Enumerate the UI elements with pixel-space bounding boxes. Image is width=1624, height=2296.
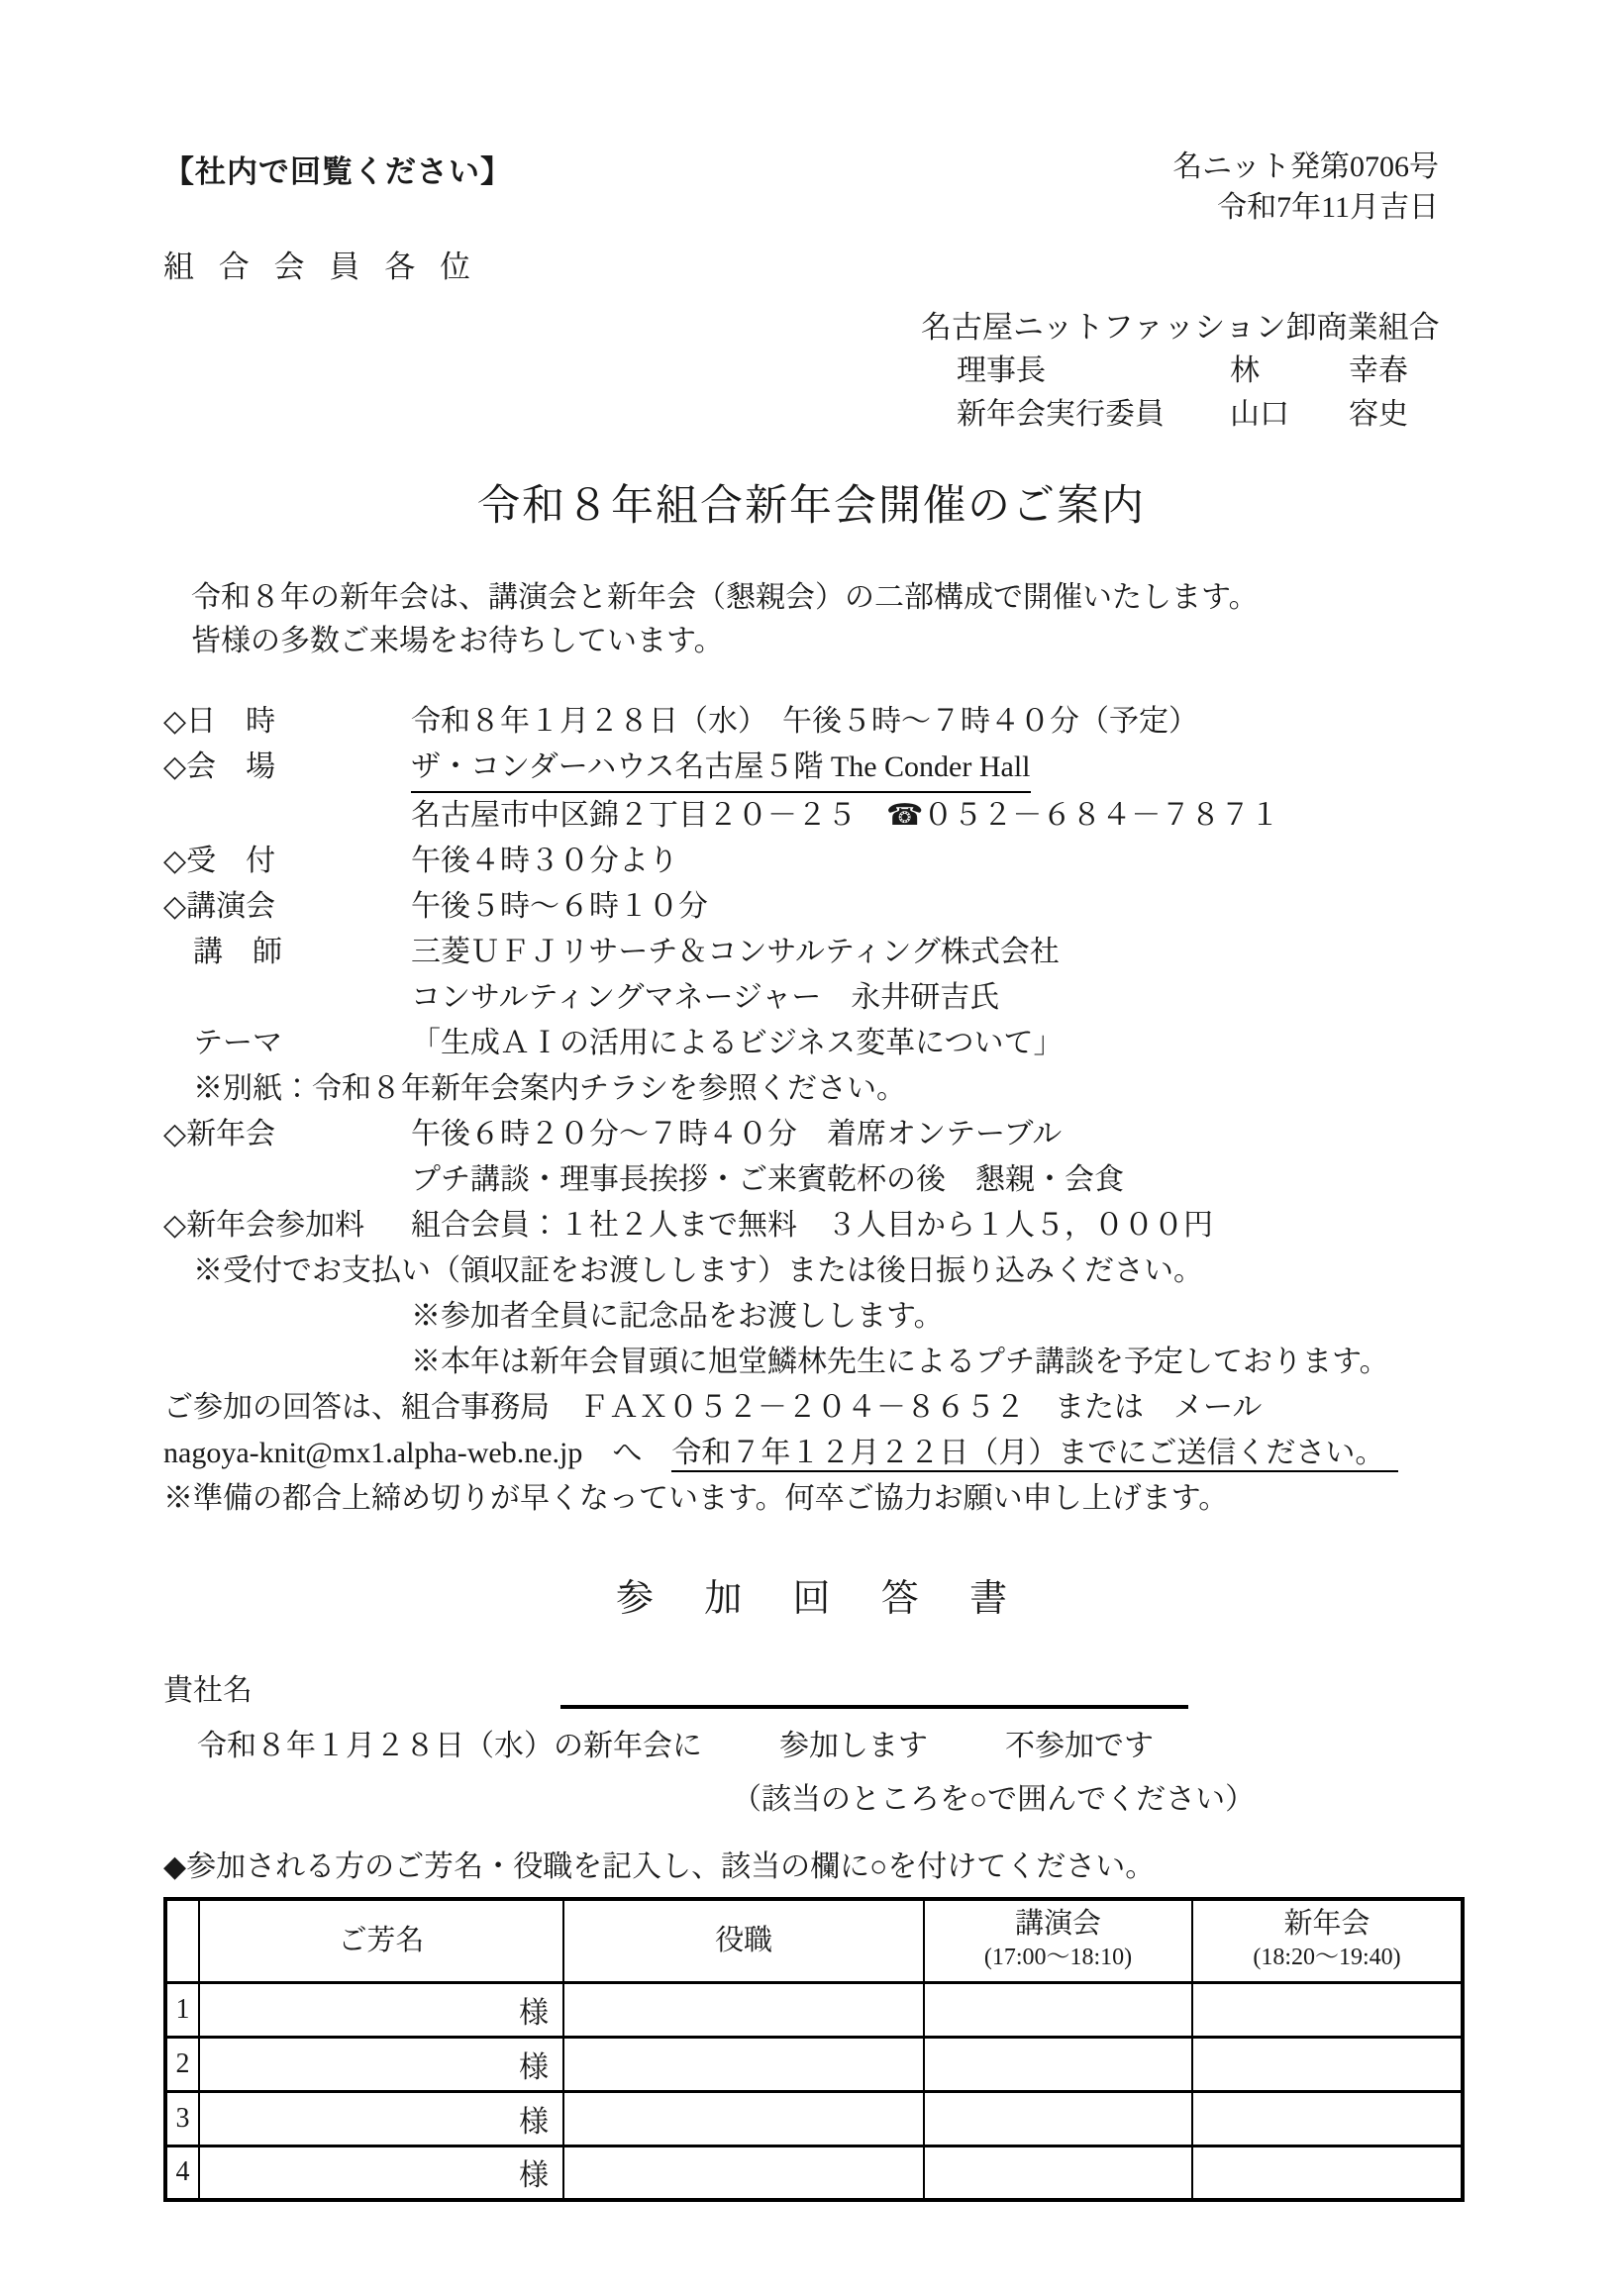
party-time: (18:20～19:40): [1193, 1941, 1461, 1974]
col-header-number: [165, 1899, 199, 1982]
closing-note: ※準備の都合上締め切りが早くなっています。何卒ご協力お願い申し上げます。: [163, 1476, 1460, 1522]
company-name-blank-line: [560, 1653, 1188, 1709]
name-cell: 様: [199, 2091, 563, 2146]
circulate-note: 【社内で回覧ください】: [163, 147, 512, 191]
table-row: 4 様: [165, 2146, 1463, 2200]
row-number: 2: [165, 2037, 199, 2091]
detail-row-souvenir: ※参加者全員に記念品をお渡しします。: [163, 1294, 1460, 1340]
sender-officer-row: 理事長 林 幸春: [957, 349, 1460, 393]
officer-surname: 林: [1230, 349, 1349, 393]
venue-phone: ０５２－６８４－７８７１: [923, 793, 1279, 839]
officer-given-name: 容史: [1349, 393, 1408, 437]
party-cell: [1192, 2037, 1463, 2091]
company-name-label: 貴社名: [163, 1665, 253, 1709]
page-title: 令和８年組合新年会開催のご案内: [163, 472, 1460, 533]
doc-date: 令和7年11月吉日: [1172, 187, 1439, 228]
col-header-name: ご芳名: [199, 1899, 563, 1982]
document-page: { "header": { "circulate_note": "【社内で回覧く…: [0, 0, 1624, 2296]
venue-name-underlined: ザ・コンダーハウス名古屋５階 The Conder Hall: [411, 745, 1031, 793]
detail-text: 午後６時２０分～７時４０分 着席オンテーブル: [411, 1112, 1062, 1157]
detail-row-fee: ◇新年会参加料 組合会員：１社２人まで無料 ３人目から１人５，０００円: [163, 1203, 1460, 1248]
detail-text: 三菱ＵＦＪリサーチ＆コンサルティング株式会社: [411, 930, 1060, 975]
contact-line: ご参加の回答は、組合事務局 ＦＡＸ０５２－２０４－８６５２ または メール: [163, 1385, 1460, 1431]
detail-row-party: ◇新年会 午後６時２０分～７時４０分 着席オンテーブル: [163, 1112, 1460, 1157]
detail-row-party2: プチ講談・理事長挨拶・ご来賓乾杯の後 懇親・会食: [163, 1157, 1460, 1203]
sender-organization: 名古屋ニットファッション卸商業組合: [921, 306, 1460, 349]
detail-label: ◇新年会参加料: [163, 1203, 411, 1248]
reply-deadline-underlined: 令和７年１２月２２日（月）までにご送信ください。: [671, 1437, 1398, 1472]
detail-label: ◇講演会: [163, 884, 411, 930]
detail-text: 午後５時～６時１０分: [411, 884, 708, 930]
name-cell: 様: [199, 1982, 563, 2037]
detail-row-reception: ◇受 付 午後４時３０分より: [163, 839, 1460, 884]
attendance-table: ご芳名 役職 講演会 (17:00～18:10) 新年会 (18:20～19:4…: [163, 1897, 1465, 2202]
table-row: 3 様: [165, 2091, 1463, 2146]
contact-block: ご参加の回答は、組合事務局 ＦＡＸ０５２－２０４－８６５２ または メール na…: [163, 1385, 1460, 1522]
row-number: 3: [165, 2091, 199, 2146]
lecture-cell: [924, 2146, 1192, 2200]
lecture-cell: [924, 1982, 1192, 2037]
detail-text: コンサルティングマネージャー 永井研吉氏: [411, 975, 999, 1021]
kodan-note: ※本年は新年会冒頭に旭堂鱗林先生によるプチ講談を予定しております。: [411, 1340, 1389, 1385]
detail-text: プチ講談・理事長挨拶・ご来賓乾杯の後 懇親・会食: [411, 1157, 1124, 1203]
detail-row-address: 名古屋市中区錦２丁目２０－２５ ☎ ０５２－６８４－７８７１: [163, 793, 1460, 839]
event-line: 令和８年１月２８日（水）の新年会に: [197, 1725, 702, 1768]
detail-text: 令和８年１月２８日（水） 午後５時～７時４０分（予定）: [411, 699, 1198, 745]
party-cell: [1192, 2146, 1463, 2200]
party-cell: [1192, 2091, 1463, 2146]
detail-row-lecture: ◇講演会 午後５時～６時１０分: [163, 884, 1460, 930]
event-details: ◇日 時 令和８年１月２８日（水） 午後５時～７時４０分（予定） ◇会 場 ザ・…: [163, 699, 1460, 1385]
detail-row-datetime: ◇日 時 令和８年１月２８日（水） 午後５時～７時４０分（予定）: [163, 699, 1460, 745]
officer-title: 新年会実行委員: [957, 393, 1230, 437]
intro-line: 令和８年の新年会は、講演会と新年会（懇親会）の二部構成で開催いたします。: [191, 576, 1460, 620]
detail-label: ◇新年会: [163, 1112, 411, 1157]
detail-label: ◇日 時: [163, 699, 411, 745]
officer-title: 理事長: [957, 349, 1230, 393]
party-cell: [1192, 1982, 1463, 2037]
reply-form-heading: 参加回答書: [163, 1567, 1460, 1622]
table-row: 2 様: [165, 2037, 1463, 2091]
detail-label: ◇受 付: [163, 839, 411, 884]
row-number: 1: [165, 1982, 199, 2037]
circle-note: （該当のところを○で囲んでください）: [163, 1778, 1460, 1822]
name-cell: 様: [199, 2146, 563, 2200]
officer-surname: 山口: [1230, 393, 1349, 437]
contact-line: nagoya-knit@mx1.alpha-web.ne.jp へ 令和７年１２…: [163, 1431, 1460, 1476]
venue-address: 名古屋市中区錦２丁目２０－２５: [411, 793, 857, 839]
role-cell: [563, 2037, 924, 2091]
detail-row-venue: ◇会 場 ザ・コンダーハウス名古屋５階 The Conder Hall: [163, 745, 1460, 793]
detail-text: 午後４時３０分より: [411, 839, 678, 884]
lecture-cell: [924, 2037, 1192, 2091]
flyer-note: ※別紙：令和８年新年会案内チラシを参照ください。: [163, 1066, 1460, 1112]
role-cell: [563, 1982, 924, 2037]
sender-block: 名古屋ニットファッション卸商業組合 理事長 林 幸春 新年会実行委員 山口 容史: [163, 306, 1460, 437]
detail-label: ◇会 場: [163, 745, 411, 793]
row-number: 4: [165, 2146, 199, 2200]
name-cell: 様: [199, 2037, 563, 2091]
table-instruction: ◆参加される方のご芳名・役職を記入し、該当の欄に○を付けてください。: [163, 1846, 1460, 1889]
detail-row-speaker: 講 師 三菱ＵＦＪリサーチ＆コンサルティング株式会社: [163, 930, 1460, 975]
detail-row-kodan: ※本年は新年会冒頭に旭堂鱗林先生によるプチ講談を予定しております。: [163, 1340, 1460, 1385]
lecture-cell: [924, 2091, 1192, 2146]
intro-paragraph: 令和８年の新年会は、講演会と新年会（懇親会）の二部構成で開催いたします。 皆様の…: [163, 576, 1460, 663]
doc-meta: 名ニット発第0706号 令和7年11月吉日: [1172, 147, 1439, 228]
col-header-lecture: 講演会 (17:00～18:10): [924, 1899, 1192, 1982]
detail-text: 組合会員：１社２人まで無料 ３人目から１人５，０００円: [411, 1203, 1213, 1248]
detail-text: 「生成ＡＩの活用によるビジネス変革について」: [411, 1021, 1064, 1066]
phone-icon: ☎: [886, 793, 923, 839]
option-attend: 参加します: [779, 1725, 928, 1768]
souvenir-note: ※参加者全員に記念品をお渡しします。: [411, 1294, 944, 1340]
table-row: 1 様: [165, 1982, 1463, 2037]
option-absent: 不参加です: [1005, 1725, 1154, 1768]
attendance-choice-row: 令和８年１月２８日（水）の新年会に 参加します 不参加です: [163, 1725, 1460, 1768]
detail-label: テーマ: [163, 1021, 411, 1066]
detail-label: 講 師: [163, 930, 411, 975]
intro-line: 皆様の多数ご来場をお待ちしています。: [191, 620, 1460, 663]
payment-note: ※受付でお支払い（領収証をお渡しします）または後日振り込みください。: [163, 1248, 1460, 1294]
col-header-party: 新年会 (18:20～19:40): [1192, 1899, 1463, 1982]
role-cell: [563, 2091, 924, 2146]
detail-row-theme: テーマ 「生成ＡＩの活用によるビジネス変革について」: [163, 1021, 1460, 1066]
doc-number: 名ニット発第0706号: [1172, 147, 1439, 187]
contact-email: nagoya-knit@mx1.alpha-web.ne.jp: [163, 1437, 582, 1469]
contact-connector: へ: [582, 1437, 671, 1469]
addressee: 組合会員各位: [163, 242, 1460, 286]
document-header: 【社内で回覧ください】 名ニット発第0706号 令和7年11月吉日: [163, 147, 1460, 228]
officer-given-name: 幸春: [1349, 349, 1408, 393]
col-header-role: 役職: [563, 1899, 924, 1982]
sender-officer-row: 新年会実行委員 山口 容史: [957, 393, 1460, 437]
detail-row-speaker2: コンサルティングマネージャー 永井研吉氏: [163, 975, 1460, 1021]
company-name-row: 貴社名: [163, 1653, 1460, 1709]
table-header-row: ご芳名 役職 講演会 (17:00～18:10) 新年会 (18:20～19:4…: [165, 1899, 1463, 1982]
lecture-time: (17:00～18:10): [925, 1941, 1191, 1974]
role-cell: [563, 2146, 924, 2200]
